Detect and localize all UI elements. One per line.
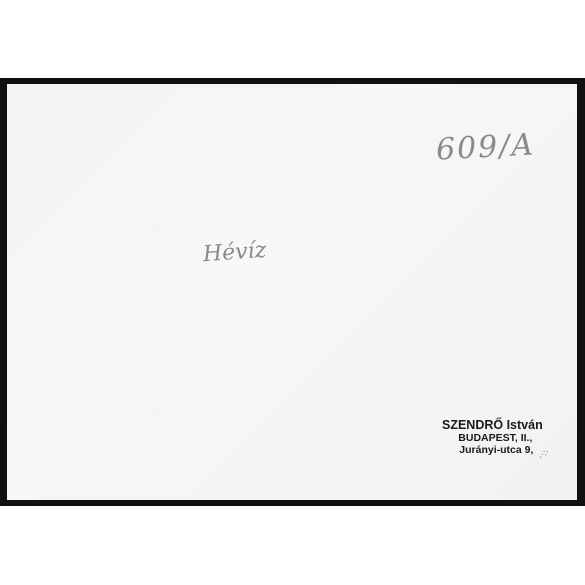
stamp-street: Jurányi-utca 9,	[450, 444, 543, 456]
catalog-number: 609/A	[435, 127, 536, 167]
stamp-name: SZENDRŐ István	[442, 418, 543, 432]
photographer-stamp: SZENDRŐ István BUDAPEST, II., Jurányi-ut…	[442, 418, 543, 457]
location-note: Hévíz	[202, 238, 267, 267]
stamp-city: BUDAPEST, II.,	[448, 432, 543, 444]
